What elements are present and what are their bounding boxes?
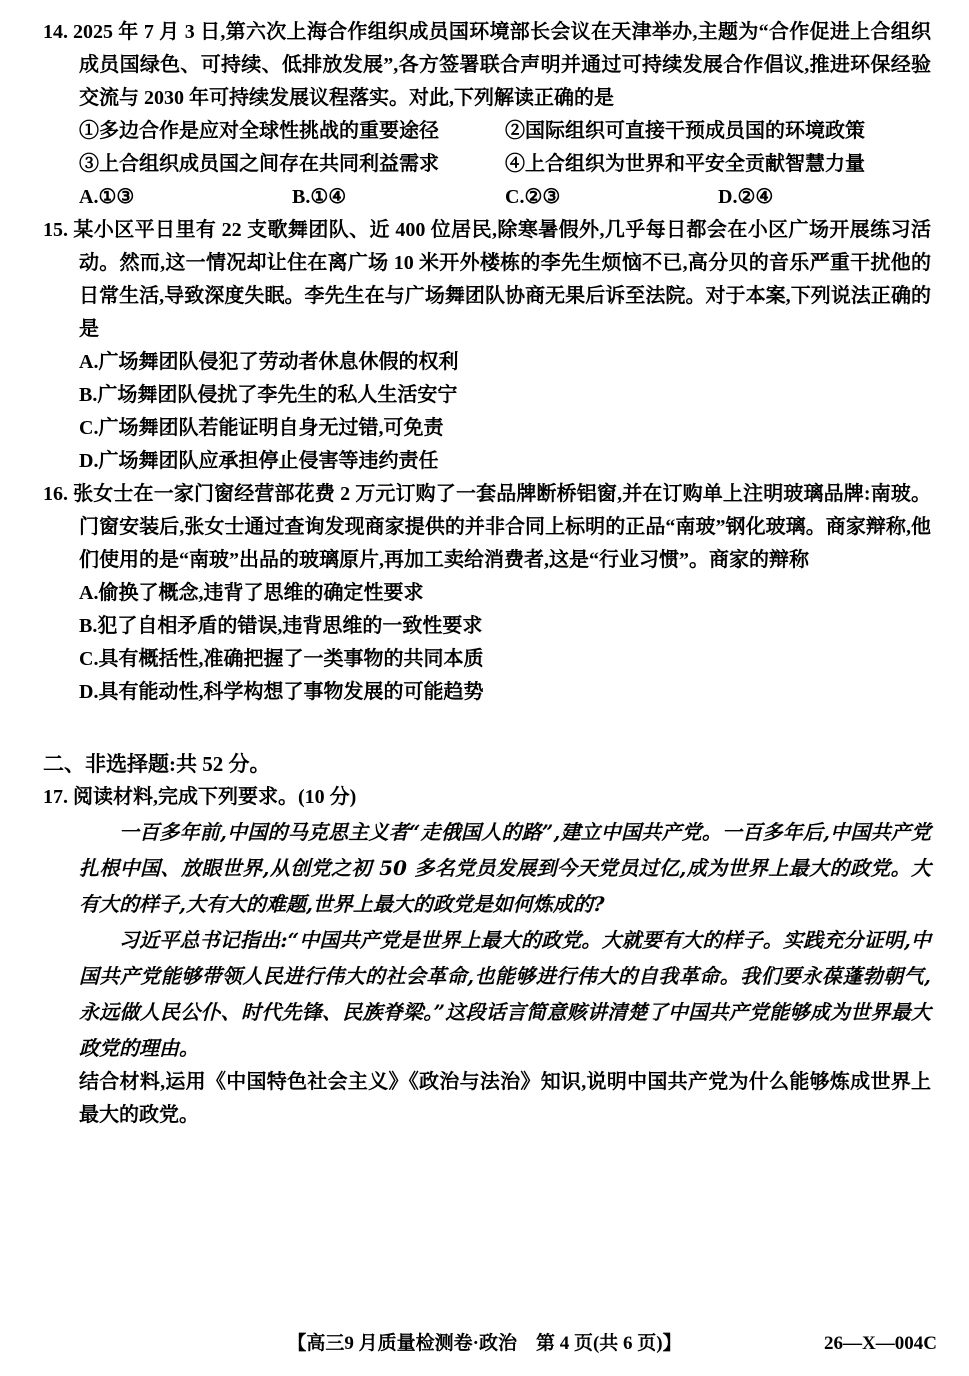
- option-a: A.广场舞团队侵犯了劳动者休息休假的权利: [79, 346, 931, 379]
- question-15: 15.某小区平日里有 22 支歌舞团队、近 400 位居民,除寒暑假外,几乎每日…: [43, 214, 931, 478]
- question-17-intro: 17.阅读材料,完成下列要求。(10 分): [43, 781, 931, 814]
- question-17: 17.阅读材料,完成下列要求。(10 分) 一百多年前,中国的马克思主义者“走俄…: [43, 781, 931, 1132]
- footer-paper-code: 26—X—004C: [824, 1327, 937, 1360]
- question-16-number: 16.: [43, 483, 68, 505]
- question-14: 14.2025 年 7 月 3 日,第六次上海合作组织成员国环境部长会议在天津举…: [43, 16, 931, 214]
- question-17-material-paragraph-2: 习近平总书记指出:“中国共产党是世界上最大的政党。大就要有大的样子。实践充分证明…: [79, 922, 931, 1066]
- option-a: A.偷换了概念,违背了思维的确定性要求: [79, 577, 931, 610]
- option-b: B.广场舞团队侵扰了李先生的私人生活安宁: [79, 379, 931, 412]
- choice-b: B.①④: [292, 181, 505, 214]
- footer-title-page-info: 【高三9 月质量检测卷·政治 第 4 页(共 6 页)】: [287, 1333, 681, 1354]
- option-d: D.具有能动性,科学构想了事物发展的可能趋势: [79, 676, 931, 709]
- question-15-number: 15.: [43, 219, 68, 241]
- question-16-text: 张女士在一家门窗经营部花费 2 万元订购了一套品牌断桥铝窗,并在订购单上注明玻璃…: [73, 483, 931, 571]
- page-footer: 【高三9 月质量检测卷·政治 第 4 页(共 6 页)】 26—X—004C: [0, 1327, 969, 1360]
- choice-a: A.①③: [79, 181, 292, 214]
- choice-d: D.②④: [718, 181, 931, 214]
- question-17-material-paragraph-1: 一百多年前,中国的马克思主义者“走俄国人的路”,建立中国共产党。一百多年后,中国…: [79, 814, 931, 922]
- numbered-option-1: ①多边合作是应对全球性挑战的重要途径: [79, 115, 505, 148]
- option-d: D.广场舞团队应承担停止侵害等违约责任: [79, 445, 931, 478]
- question-14-text: 2025 年 7 月 3 日,第六次上海合作组织成员国环境部长会议在天津举办,主…: [73, 21, 931, 109]
- numbered-option-2: ②国际组织可直接干预成员国的环境政策: [505, 115, 931, 148]
- question-16: 16.张女士在一家门窗经营部花费 2 万元订购了一套品牌断桥铝窗,并在订购单上注…: [43, 478, 931, 709]
- option-c: C.具有概括性,准确把握了一类事物的共同本质: [79, 643, 931, 676]
- exam-page: 14.2025 年 7 月 3 日,第六次上海合作组织成员国环境部长会议在天津举…: [0, 0, 969, 1376]
- question-17-number: 17.: [43, 786, 68, 808]
- question-17-task: 结合材料,运用《中国特色社会主义》《政治与法治》知识,说明中国共产党为什么能够炼…: [79, 1066, 931, 1132]
- numbered-option-3: ③上合组织成员国之间存在共同利益需求: [79, 148, 505, 181]
- question-14-stem: 14.2025 年 7 月 3 日,第六次上海合作组织成员国环境部长会议在天津举…: [43, 16, 931, 115]
- question-17-intro-text: 阅读材料,完成下列要求。(10 分): [73, 786, 356, 808]
- question-14-numbered-options: ①多边合作是应对全球性挑战的重要途径 ②国际组织可直接干预成员国的环境政策 ③上…: [79, 115, 931, 181]
- option-c: C.广场舞团队若能证明自身无过错,可免责: [79, 412, 931, 445]
- question-15-text: 某小区平日里有 22 支歌舞团队、近 400 位居民,除寒暑假外,几乎每日都会在…: [73, 219, 931, 340]
- section-2-heading: 二、非选择题:共 52 分。: [43, 748, 931, 781]
- question-16-stem: 16.张女士在一家门窗经营部花费 2 万元订购了一套品牌断桥铝窗,并在订购单上注…: [43, 478, 931, 577]
- question-15-stem: 15.某小区平日里有 22 支歌舞团队、近 400 位居民,除寒暑假外,几乎每日…: [43, 214, 931, 346]
- option-b: B.犯了自相矛盾的错误,违背思维的一致性要求: [79, 610, 931, 643]
- choice-c: C.②③: [505, 181, 718, 214]
- question-14-number: 14.: [43, 21, 68, 43]
- question-14-choices: A.①③ B.①④ C.②③ D.②④: [79, 181, 931, 214]
- numbered-option-4: ④上合组织为世界和平安全贡献智慧力量: [505, 148, 931, 181]
